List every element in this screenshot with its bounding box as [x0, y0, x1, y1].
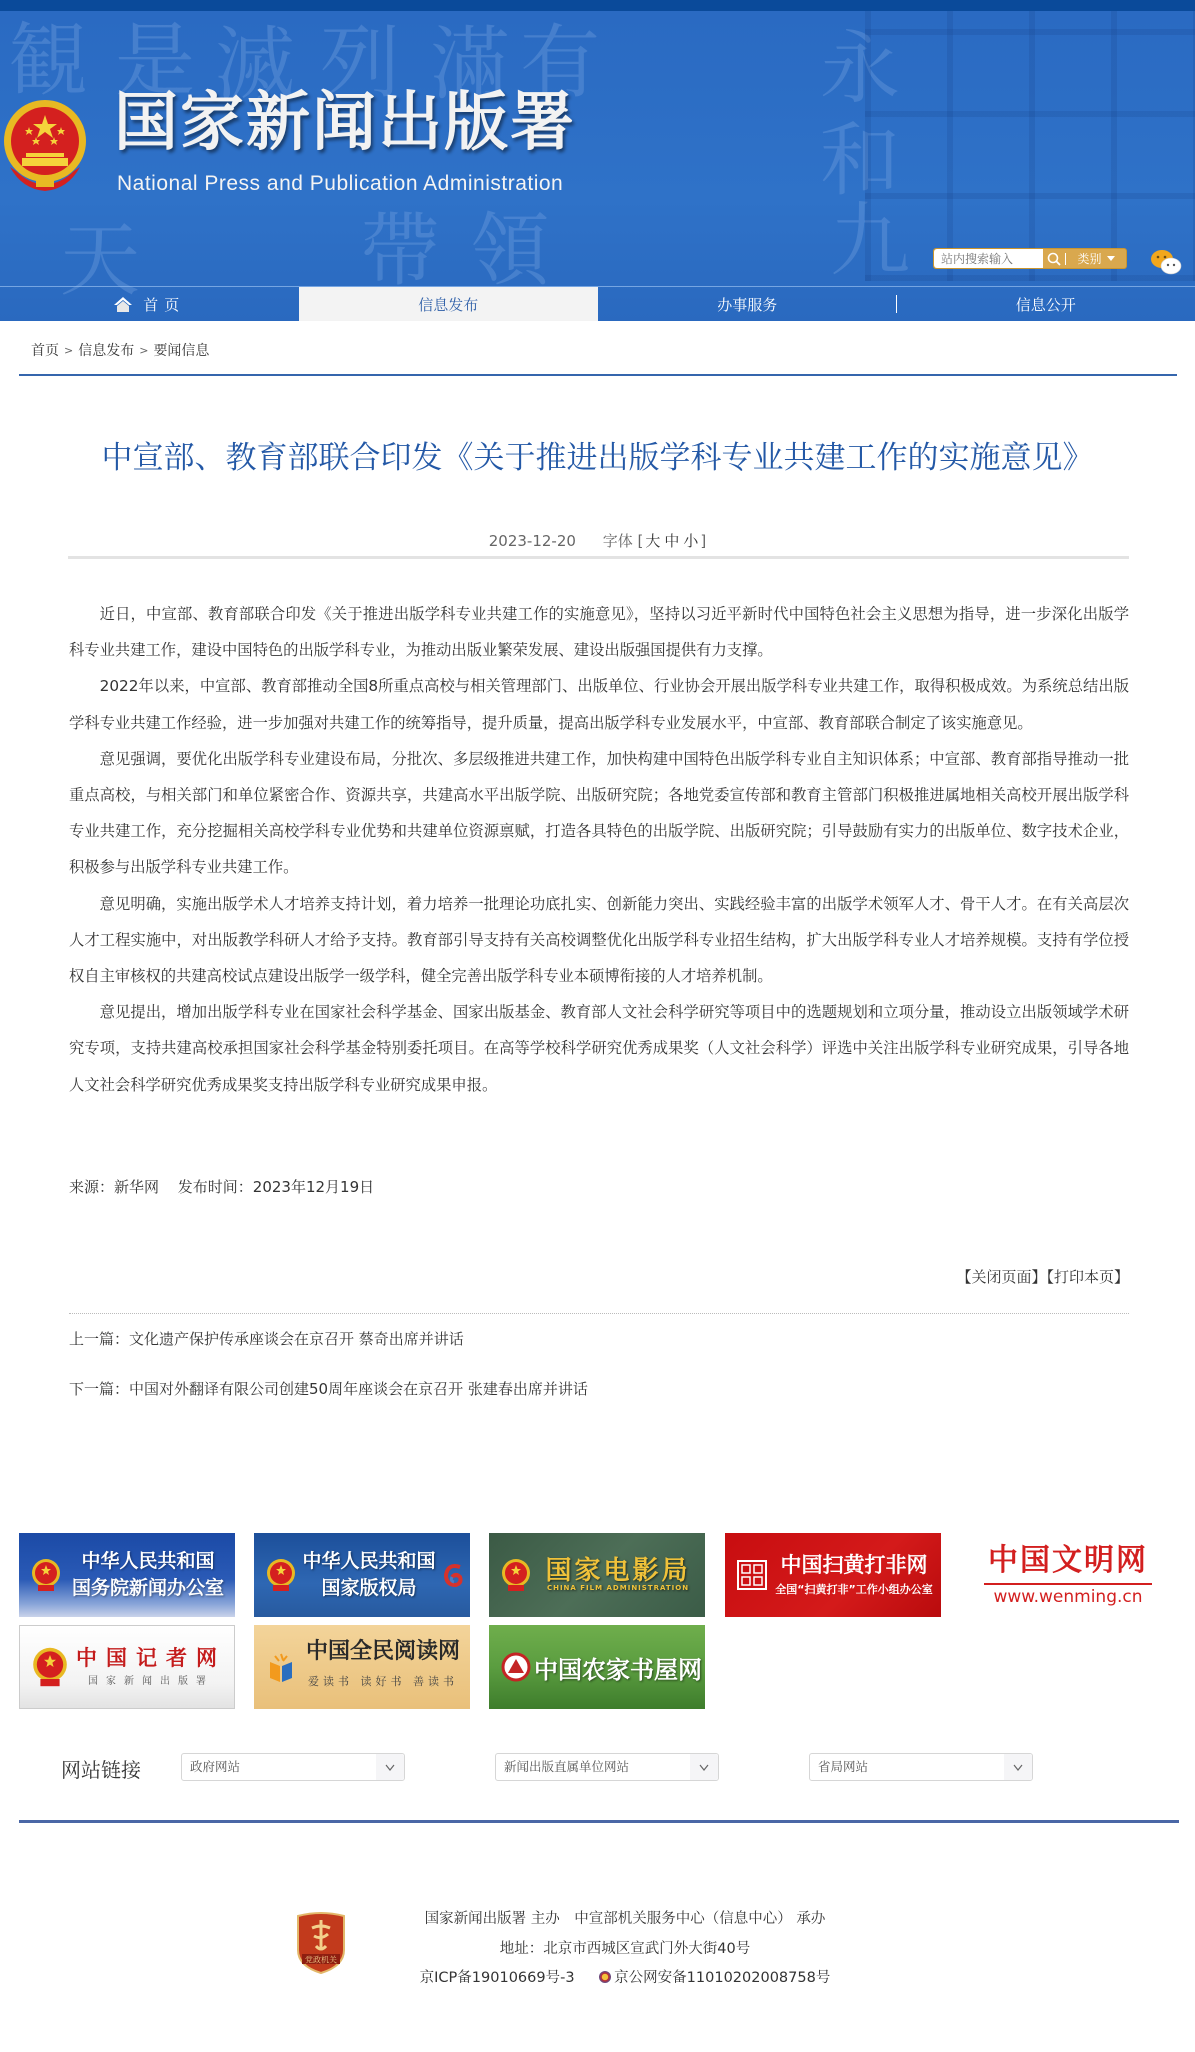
chevron-down-icon [699, 1764, 709, 1771]
logo-line1: 中国农家书屋网 [531, 1650, 705, 1685]
home-icon [113, 296, 133, 313]
article-title: 中宣部、教育部联合印发《关于推进出版学科专业共建工作的实施意见》 [0, 432, 1195, 477]
footer-address: 地址：北京市西城区宣武门外大街40号 [350, 1937, 900, 1958]
next-article: 下一篇：中国对外翻译有限公司创建50周年座谈会在京召开 张建春出席并讲话 [69, 1378, 588, 1399]
caret-down-icon [1107, 256, 1115, 261]
provincial-sites-select[interactable]: 省局网站 [809, 1753, 1033, 1781]
police-badge-icon [599, 1971, 611, 1983]
site-subtitle: National Press and Publication Administr… [117, 172, 563, 196]
article-source: 来源：新华网 发布时间：2023年12月19日 [69, 1176, 374, 1197]
footer-rule [19, 1820, 1179, 1823]
select-value: 政府网站 [182, 1754, 376, 1780]
breadcrumb-rule [19, 374, 1177, 376]
logo-wenming[interactable]: 中国文明网www.wenming.cn [960, 1533, 1176, 1617]
calligraphy-bg: 領 [470, 211, 550, 291]
article-paragraph: 意见强调，要优化出版学科专业建设布局，分批次、多层级推进共建工作，加快构建中国特… [69, 741, 1129, 886]
logo-line1: 中华人民共和国 [296, 1548, 442, 1575]
calligraphy-bg: 帶 [360, 211, 440, 291]
breadcrumb-separator: > [139, 344, 148, 357]
police-record-link[interactable]: 京公网安备11010202008758号 [614, 1970, 830, 1986]
site-search: 类别 [933, 248, 1127, 269]
prev-article-link[interactable]: 文化遗产保护传承座谈会在京召开 蔡奇出席并讲话 [129, 1330, 464, 1348]
breadcrumb-home[interactable]: 首页 [31, 340, 59, 360]
logo-line2: 国家新闻出版署 [68, 1673, 234, 1691]
chevron-down-icon [1013, 1764, 1023, 1771]
search-input[interactable] [934, 249, 1043, 268]
dotted-divider [69, 1313, 1129, 1314]
party-government-badge-icon[interactable]: 党政机关 [294, 1910, 348, 1974]
footer-sponsor: 国家新闻出版署 主办 中宣部机关服务中心（信息中心） 承办 [350, 1907, 900, 1928]
emblem-icon [31, 1558, 61, 1592]
close-page-link[interactable]: 【关闭页面】 [956, 1268, 1046, 1286]
select-value: 省局网站 [810, 1754, 1004, 1780]
logo-national-copyright-administration[interactable]: 中华人民共和国国家版权局 [254, 1533, 470, 1617]
logo-saohuang-dafei[interactable]: 中国扫黄打非网全国“扫黄打非”工作小组办公室 [725, 1533, 941, 1617]
book-icon [266, 1650, 296, 1684]
nav-item-services[interactable]: 办事服务 [598, 287, 897, 321]
article-meta: 2023-12-20 字体 [大中小] [0, 530, 1195, 551]
header-banner: 観 是 滅 列 滿 有 永 和 九 天 帶 領 国家新闻出版署 National… [0, 11, 1195, 321]
category-dropdown[interactable]: 类别 [1066, 249, 1126, 268]
nav-item-label: 信息公开 [1016, 294, 1076, 315]
print-page-link[interactable]: 【打印本页】 [1046, 1268, 1129, 1286]
breadcrumb-news[interactable]: 要闻信息 [153, 340, 209, 360]
search-icon [1047, 252, 1061, 266]
site-links-label: 网站链接 [61, 1754, 141, 1783]
logo-line1: 中华人民共和国 [61, 1548, 235, 1575]
top-stripe [0, 0, 1195, 11]
wechat-icon[interactable] [1150, 248, 1182, 276]
next-article-link[interactable]: 中国对外翻译有限公司创建50周年座谈会在京召开 张建春出席并讲话 [129, 1380, 588, 1398]
icp-link[interactable]: 京ICP备19010669号-3 [420, 1970, 575, 1986]
nav-divider [896, 295, 897, 313]
search-button[interactable] [1043, 249, 1065, 268]
main-nav: 首页 信息发布 办事服务 信息公开 [0, 286, 1195, 321]
seal-icon [737, 1560, 767, 1590]
font-size-label: 字体 [603, 532, 633, 550]
logo-china-film-administration[interactable]: 国家电影局CHINA FILM ADMINISTRATION [489, 1533, 705, 1617]
breadcrumb-separator: > [64, 344, 73, 357]
article-body: 近日，中宣部、教育部联合印发《关于推进出版学科专业共建工作的实施意见》，坚持以习… [69, 596, 1129, 1103]
chevron-down-icon [385, 1764, 395, 1771]
nav-item-info-disclosure[interactable]: 信息公开 [897, 287, 1195, 321]
logo-line2: www.wenming.cn [984, 1583, 1152, 1607]
site-title: 国家新闻出版署 [114, 91, 576, 155]
article-paragraph: 近日，中宣部、教育部联合印发《关于推进出版学科专业共建工作的实施意见》，坚持以习… [69, 596, 1129, 668]
font-size-control: 字体 [大中小] [603, 532, 707, 550]
article-date: 2023-12-20 [489, 532, 576, 550]
breadcrumb-info-release[interactable]: 信息发布 [78, 340, 134, 360]
nav-item-label: 首页 [143, 294, 185, 315]
publish-time: 发布时间：2023年12月19日 [178, 1178, 374, 1196]
nav-item-label: 信息发布 [418, 294, 478, 315]
breadcrumb: 首页 > 信息发布 > 要闻信息 [31, 340, 209, 360]
next-label: 下一篇： [69, 1380, 129, 1398]
prev-label: 上一篇： [69, 1330, 129, 1348]
meta-divider [68, 556, 1129, 559]
logo-line1: 中国记者网 [68, 1643, 234, 1673]
affiliated-sites-select[interactable]: 新闻出版直属单位网站 [495, 1753, 719, 1781]
article-paragraph: 意见明确，实施出版学术人才培养支持计划，着力培养一批理论功底扎实、创新能力突出、… [69, 886, 1129, 995]
article-paragraph: 意见提出，增加出版学科专业在国家社会科学基金、国家出版基金、教育部人文社会科学研… [69, 994, 1129, 1103]
emblem-icon [32, 1646, 68, 1688]
logo-china-journalist-net[interactable]: 中国记者网国家新闻出版署 [19, 1625, 235, 1709]
logo-line2: 国务院新闻办公室 [61, 1575, 235, 1602]
logo-state-council-information-office[interactable]: 中华人民共和国国务院新闻办公室 [19, 1533, 235, 1617]
nav-item-label: 办事服务 [717, 294, 777, 315]
emblem-icon [266, 1558, 296, 1592]
page-actions: 【关闭页面】【打印本页】 [956, 1266, 1129, 1287]
category-label: 类别 [1077, 250, 1101, 267]
nav-item-home[interactable]: 首页 [0, 287, 299, 321]
gov-sites-select[interactable]: 政府网站 [181, 1753, 405, 1781]
logo-line1: 国家电影局 [531, 1557, 705, 1586]
calligraphy-grid-bg [865, 11, 1195, 281]
logo-line1: 中国全民阅读网 [296, 1637, 470, 1667]
emblem-icon [501, 1558, 531, 1592]
article-paragraph: 2022年以来，中宣部、教育部推动全国8所重点高校与相关管理部门、出版单位、行业… [69, 668, 1129, 740]
national-emblem-icon [2, 97, 88, 197]
font-size-medium[interactable]: 中 [664, 532, 679, 550]
logo-line1: 中国扫黄打非网 [767, 1550, 941, 1580]
source-text: 来源：新华网 [69, 1178, 159, 1196]
nav-item-info-release[interactable]: 信息发布 [299, 287, 599, 321]
font-size-large[interactable]: 大 [645, 532, 660, 550]
calligraphy-bg: 観 [8, 21, 88, 101]
logo-line2: 爱读书 读好书 善读书 [296, 1667, 470, 1697]
badge-label: 党政机关 [305, 1955, 337, 1965]
logo-line2: 全国“扫黄打非”工作小组办公室 [767, 1580, 941, 1600]
logo-national-reading-net[interactable]: 中国全民阅读网爱读书 读好书 善读书 [254, 1625, 470, 1709]
logo-line2: CHINA FILM ADMINISTRATION [531, 1585, 705, 1593]
copyright-swirl-icon [442, 1561, 464, 1589]
select-value: 新闻出版直属单位网站 [496, 1754, 690, 1780]
bookhouse-emblem-icon [501, 1652, 531, 1682]
logo-line1: 中国文明网 [960, 1543, 1176, 1579]
font-size-small[interactable]: 小 [683, 532, 698, 550]
footer-registration: 京ICP备19010669号-3 京公网安备11010202008758号 [350, 1966, 900, 1987]
prev-article: 上一篇：文化遗产保护传承座谈会在京召开 蔡奇出席并讲话 [69, 1328, 464, 1349]
logo-line2: 国家版权局 [296, 1575, 442, 1602]
logo-farmers-bookhouse[interactable]: 中国农家书屋网 [489, 1625, 705, 1709]
